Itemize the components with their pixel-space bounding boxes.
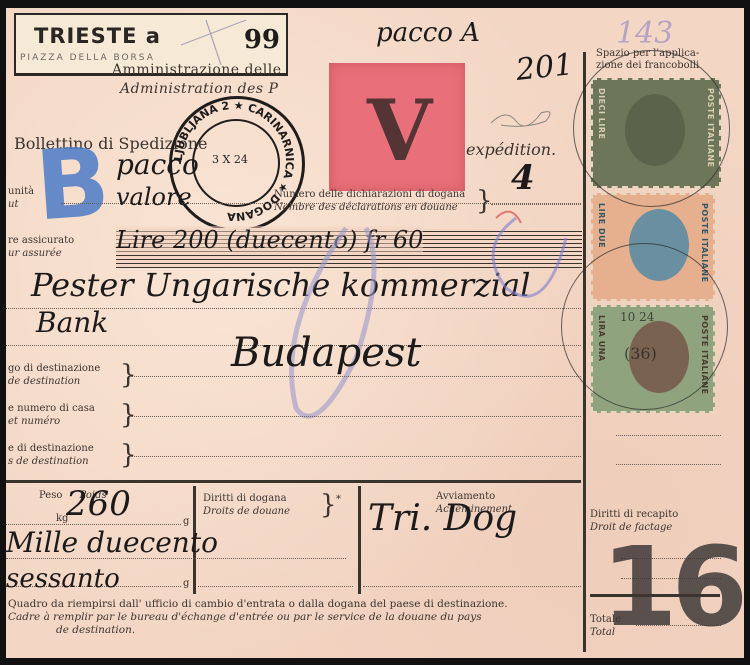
signature-icon	[486, 103, 561, 133]
hand-pacco: pacco A	[376, 18, 480, 48]
hand-customs-count: 4	[511, 158, 535, 198]
label-city: TRIESTE a	[34, 24, 161, 48]
trieste-code: (36)	[624, 344, 657, 363]
customs-duties-label: Diritti di dogana Droits de douane	[203, 492, 290, 518]
hand-addressee-2: Bank	[36, 306, 108, 339]
blue-b-mark: B	[32, 126, 113, 243]
trieste-date: 10 24	[620, 310, 654, 324]
hand-weight-words-2: sessanto	[6, 564, 120, 594]
hand-routing: Tri. Dog	[368, 498, 517, 539]
parcel-card: TRIESTE a PIAZZA DELLA BORSA 99 Amminist…	[6, 8, 744, 658]
trieste-postmark-2: 10 24 (36)	[561, 243, 728, 410]
admin-it: Amministrazione delle	[112, 62, 282, 78]
v-letter: V	[367, 81, 432, 180]
hand-weight-words-1: Mille duecento	[6, 526, 218, 559]
hand-pacco-2: pacco	[116, 148, 199, 181]
bottom-note: Quadro da riempirsi dall' ufficio di cam…	[8, 598, 583, 637]
hand-weight: 260	[66, 484, 131, 524]
hand-valore: valore	[116, 183, 192, 211]
purple-marks: 143	[616, 16, 673, 51]
hand-destination: Budapest	[231, 330, 422, 376]
field-units: unità ut	[8, 185, 34, 211]
title-fr: expédition.	[466, 140, 556, 159]
trieste-postmark-1	[573, 50, 730, 207]
g-label-2: g	[183, 578, 189, 589]
red-v-label: V	[329, 63, 465, 191]
field-house-number: e numero di casa et numéro	[8, 402, 95, 428]
field-insured: re assicurato ur assurée	[8, 234, 74, 260]
fee-16-mark: 16	[601, 523, 742, 651]
crayon-marks	[276, 208, 586, 438]
field-dest-country: e di destinazione s de destination	[8, 442, 94, 468]
field-dest-place: go di destinazione de destination	[8, 362, 100, 388]
hand-pacco-number: 201	[514, 47, 575, 88]
admin-fr: Administration des P	[120, 81, 278, 97]
